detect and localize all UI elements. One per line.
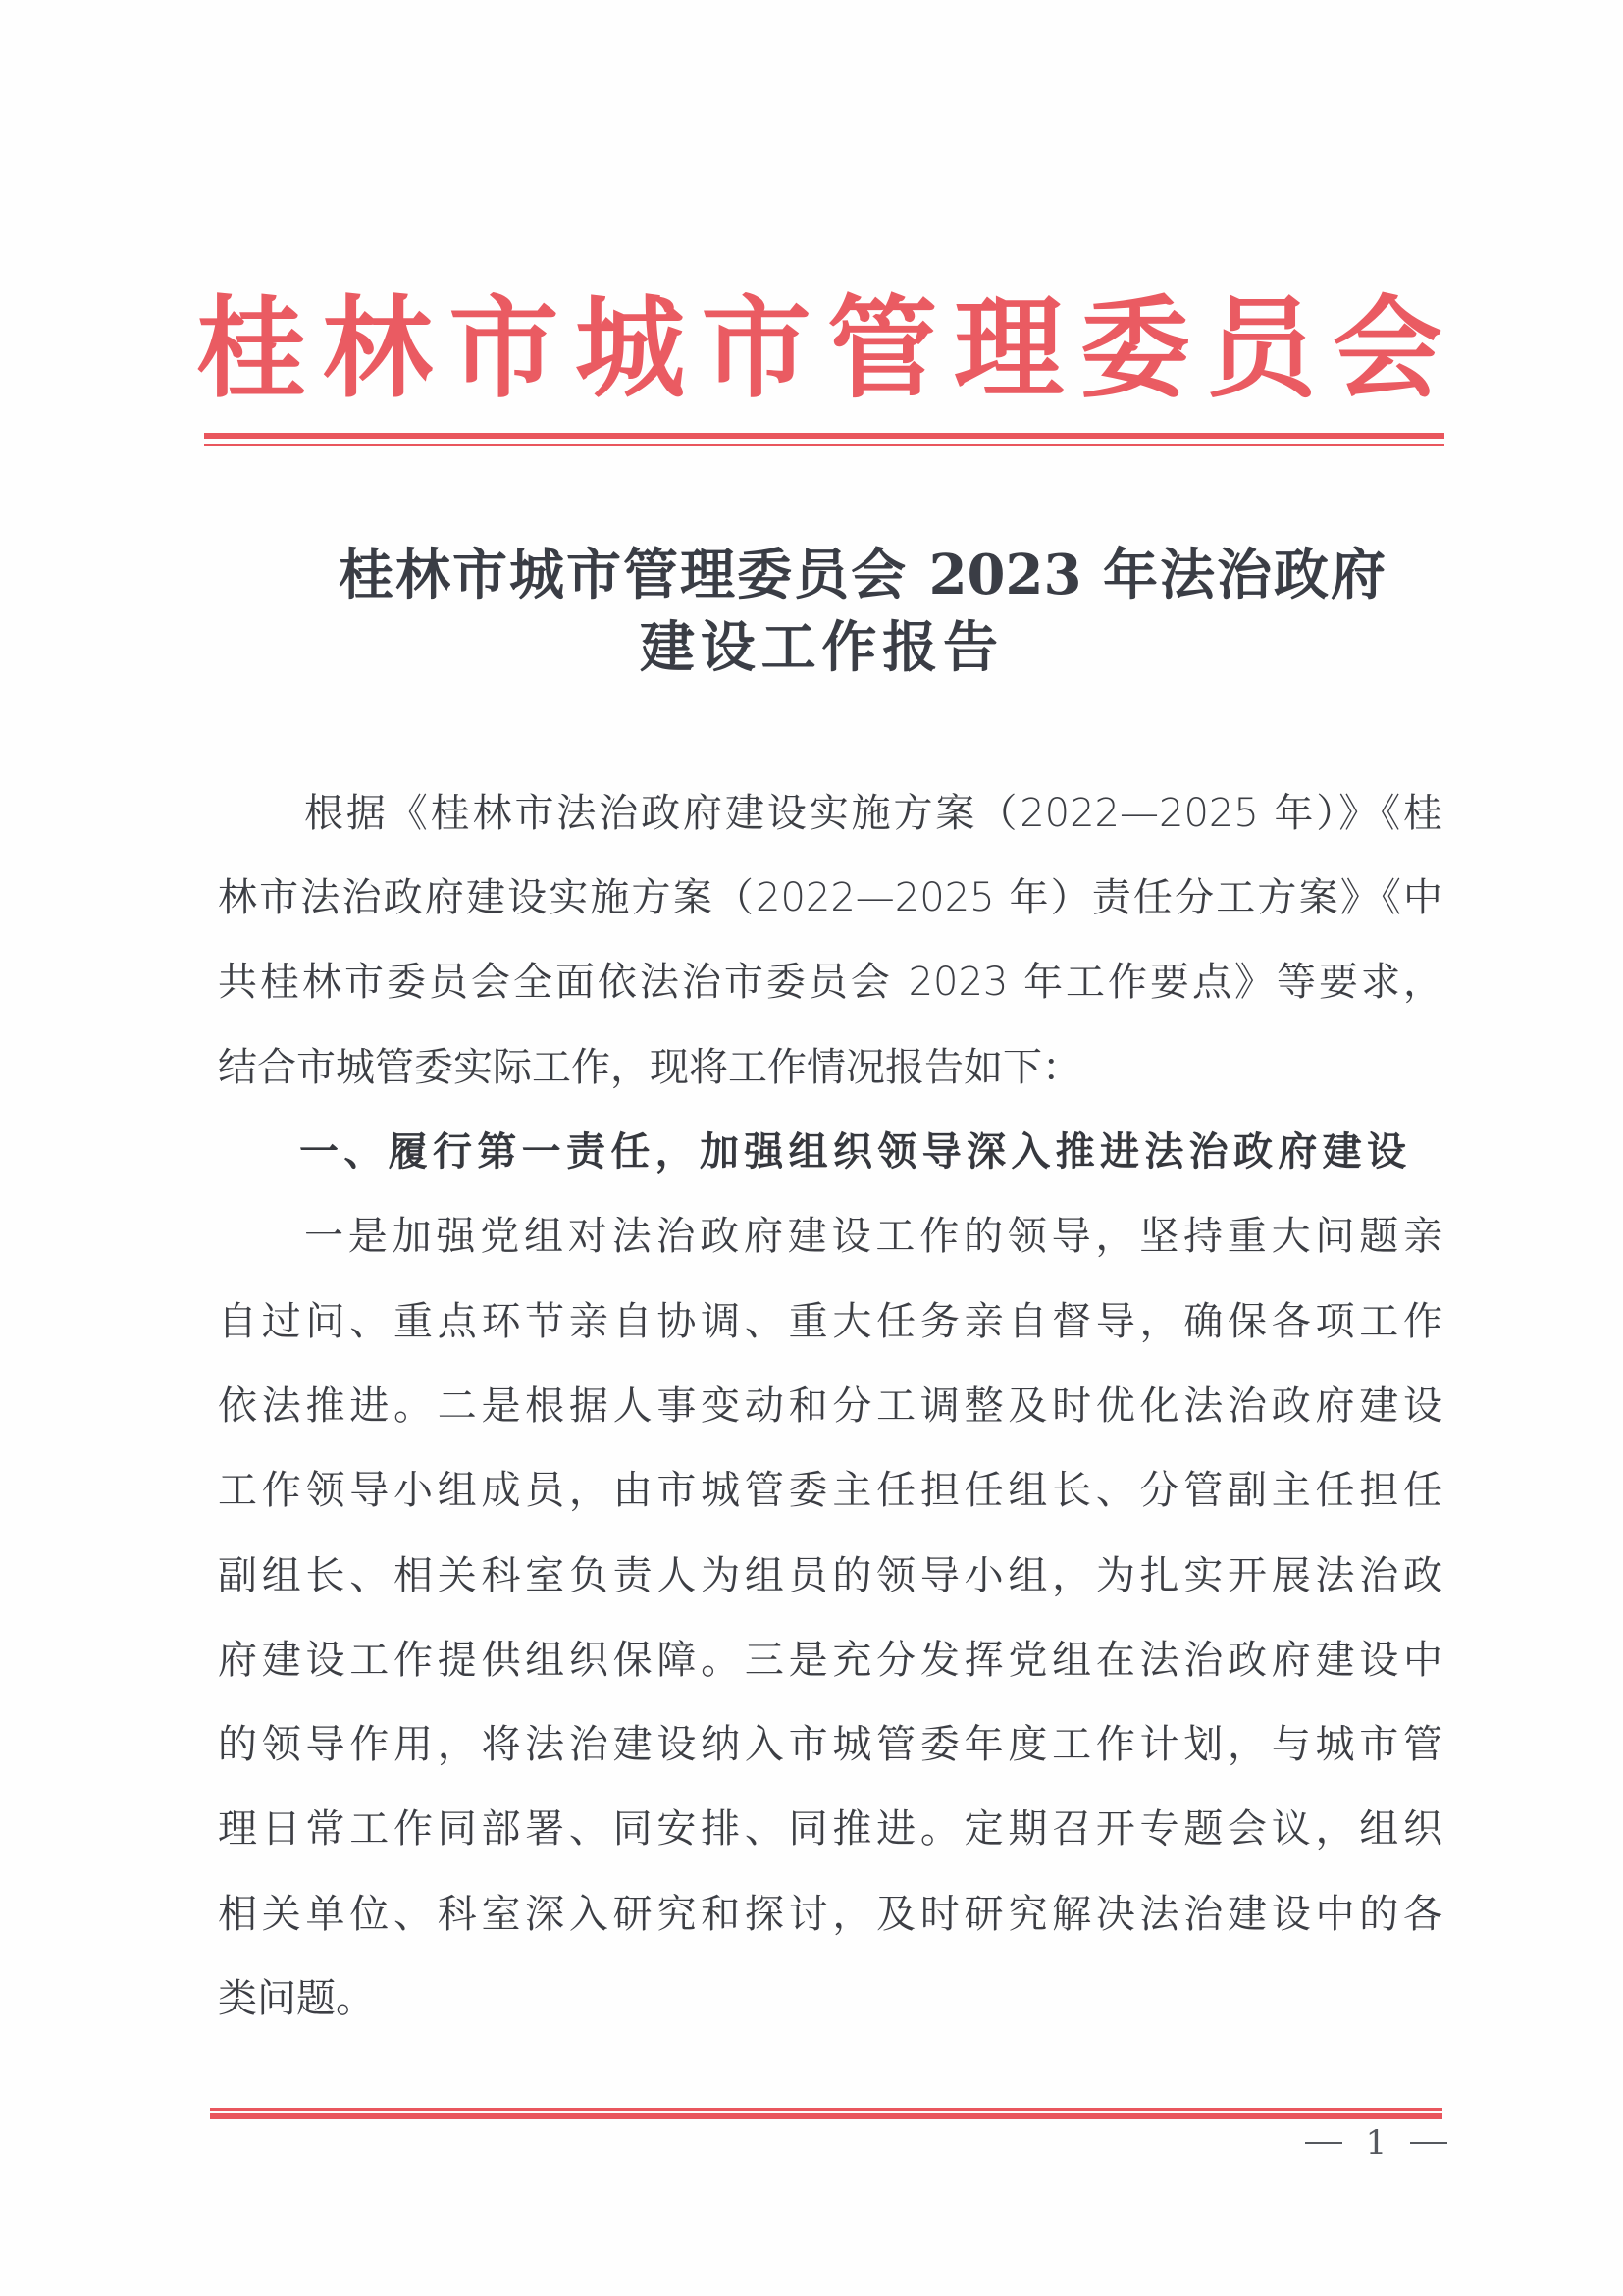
footer-rule-thin [210, 2108, 1442, 2111]
letterhead-char: 理 [954, 290, 1064, 408]
body-line: 根据《桂林市法治政府建设实施方案（2022—2025 年）》《桂 [304, 789, 1442, 838]
body-line: 一是加强党组对法治政府建设工作的领导，坚持重大问题亲 [304, 1212, 1442, 1261]
page-number-dash-right [1410, 2142, 1447, 2144]
letterhead-char: 市 [448, 290, 558, 408]
page-number-value: 1 [1366, 2123, 1387, 2163]
body-line: 相关单位、科室深入研究和探讨，及时研究解决法治建设中的各 [218, 1890, 1442, 1939]
body-line: 的领导作用，将法治建设纳入市城管委年度工作计划，与城市管 [218, 1720, 1442, 1769]
letterhead-char: 会 [1333, 290, 1442, 408]
letterhead-char: 市 [702, 290, 811, 408]
body-line: 理日常工作同部署、同安排、同推进。定期召开专题会议，组织 [218, 1804, 1442, 1853]
body-line: 自过问、重点环节亲自协调、重大任务亲自督导，确保各项工作 [218, 1297, 1442, 1346]
section-heading: 一、履行第一责任，加强组织领导深入推进法治政府建设 [299, 1127, 1406, 1176]
letterhead-char: 林 [323, 290, 433, 408]
body-line: 副组长、相关科室负责人为组员的领导小组，为扎实开展法治政 [218, 1551, 1442, 1600]
footer-rule-thick [210, 2113, 1442, 2119]
body-line: 共桂林市委员会全面依法治市委员会 2023 年工作要点》等要求， [218, 958, 1442, 1007]
letterhead-char: 委 [1080, 290, 1190, 408]
body-line: 类问题。 [218, 1974, 1442, 2023]
letterhead-char: 员 [1206, 290, 1316, 408]
letterhead-rule-thin [204, 444, 1444, 446]
body-line: 府建设工作提供组织保障。三是充分发挥党组在法治政府建设中 [218, 1636, 1442, 1685]
body-line: 结合市城管委实际工作，现将工作情况报告如下： [218, 1043, 1442, 1092]
letterhead-org-name: 桂 林 市 城 市 管 理 委 员 会 [196, 290, 1442, 408]
document-page: 桂 林 市 城 市 管 理 委 员 会 桂林市城市管理委员会 2023 年法治政… [0, 0, 1623, 2296]
letterhead-char: 管 [827, 290, 937, 408]
letterhead-char: 城 [575, 290, 685, 408]
letterhead-rule-thick [204, 433, 1444, 439]
body-line: 依法推进。二是根据人事变动和分工调整及时优化法治政府建设 [218, 1382, 1442, 1431]
document-title-line-2: 建设工作报告 [640, 616, 998, 679]
body-line: 工作领导小组成员，由市城管委主任担任组长、分管副主任担任 [218, 1466, 1442, 1515]
letterhead-char: 桂 [196, 290, 306, 408]
document-title-line-1: 桂林市城市管理委员会 2023 年法治政府 [339, 544, 1386, 606]
page-number-dash-left [1305, 2142, 1342, 2144]
body-line: 林市法治政府建设实施方案（2022—2025 年）责任分工方案》《中 [218, 873, 1442, 922]
page-number: 1 [1305, 2123, 1447, 2163]
